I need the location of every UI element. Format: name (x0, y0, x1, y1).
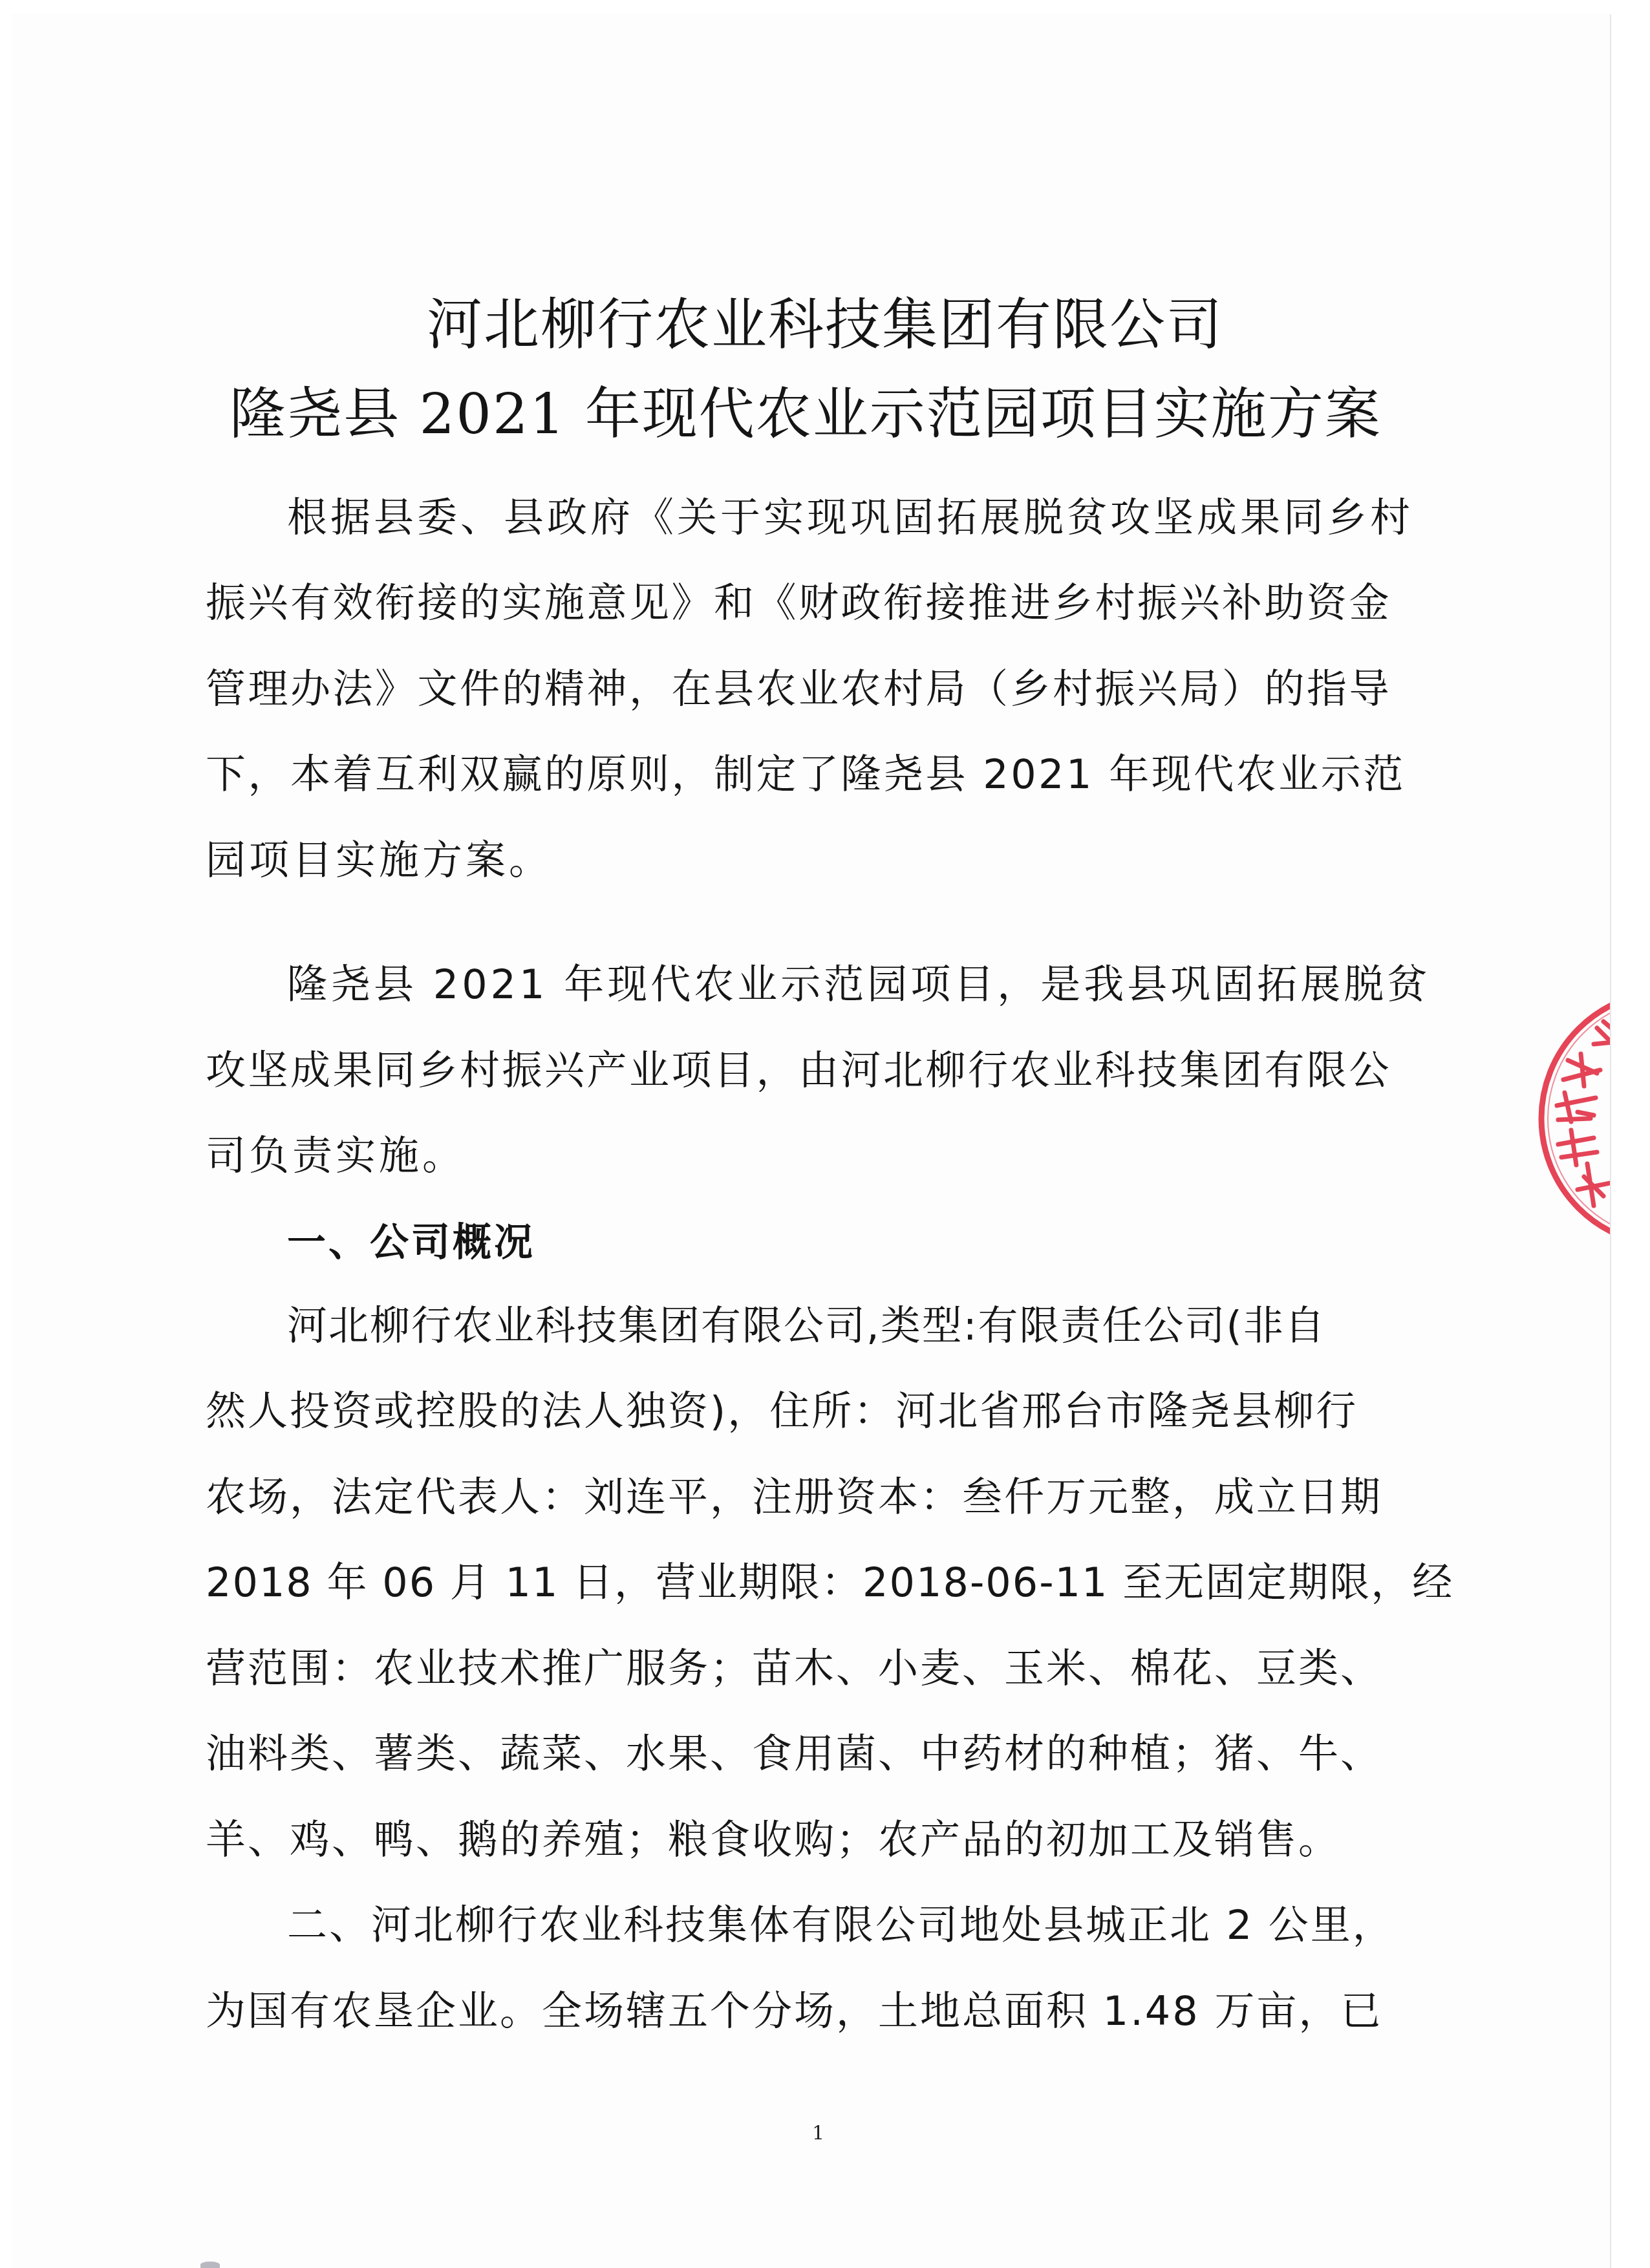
paragraph-1-line-2: 振兴有效衔接的实施意见》和《财政衔接推进乡村振兴补助资金 (206, 583, 1391, 623)
paragraph-2-line-3: 司负责实施。 (206, 1136, 466, 1176)
document-title-company: 河北柳行农业科技集团有限公司 (0, 297, 1650, 353)
paragraph-3-line-2: 然人投资或控股的法人独资)，住所：河北省邢台市隆尧县柳行 (206, 1391, 1358, 1431)
scan-artifact (200, 2262, 220, 2268)
paragraph-1-line-5: 园项目实施方案。 (206, 840, 552, 881)
paragraph-2-line-2: 攻坚成果同乡村振兴产业项目，由河北柳行农业科技集团有限公 (206, 1051, 1391, 1091)
paragraph-4-line-1: 二、河北柳行农业科技集体有限公司地处县城正北 2 公里， (287, 1905, 1395, 1945)
paragraph-1-line-3: 管理办法》文件的精神，在县农业农村局（乡村振兴局）的指导 (206, 669, 1391, 709)
paragraph-3-line-1: 河北柳行农业科技集团有限公司,类型:有限责任公司(非自 (287, 1306, 1326, 1346)
paragraph-3-line-6: 油料类、薯类、蔬菜、水果、食用菌、中药材的种植；猪、牛、 (206, 1734, 1382, 1774)
paragraph-3-line-3: 农场，法定代表人：刘连平，注册资本：叁仟万元整，成立日期 (206, 1477, 1382, 1517)
page-number: 1 (812, 2122, 824, 2145)
paragraph-3-line-4: 2018 年 06 月 11 日，营业期限：2018-06-11 至无固定期限，… (206, 1563, 1453, 1603)
paragraph-1-line-1: 根据县委、县政府《关于实现巩固拓展脱贫攻坚成果同乡村 (287, 498, 1413, 538)
paragraph-3-line-5: 营范围：农业技术推广服务；苗木、小麦、玉米、棉花、豆类、 (206, 1649, 1382, 1689)
document-title-project: 隆尧县 2021 年现代农业示范园项目实施方案 (0, 387, 1631, 442)
paragraph-2-line-1: 隆尧县 2021 年现代农业示范园项目，是我县巩固拓展脱贫 (287, 965, 1430, 1005)
paragraph-3-line-7: 羊、鸡、鸭、鹅的养殖；粮食收购；农产品的初加工及销售。 (206, 1820, 1340, 1860)
paragraph-4-line-2: 为国有农垦企业。全场辖五个分场，土地总面积 1.48 万亩，已 (206, 1991, 1382, 2031)
section-heading-company-overview: 一、公司概况 (287, 1223, 535, 1262)
paragraph-1-line-4: 下，本着互利双赢的原则，制定了隆尧县 2021 年现代农业示范 (206, 754, 1406, 795)
